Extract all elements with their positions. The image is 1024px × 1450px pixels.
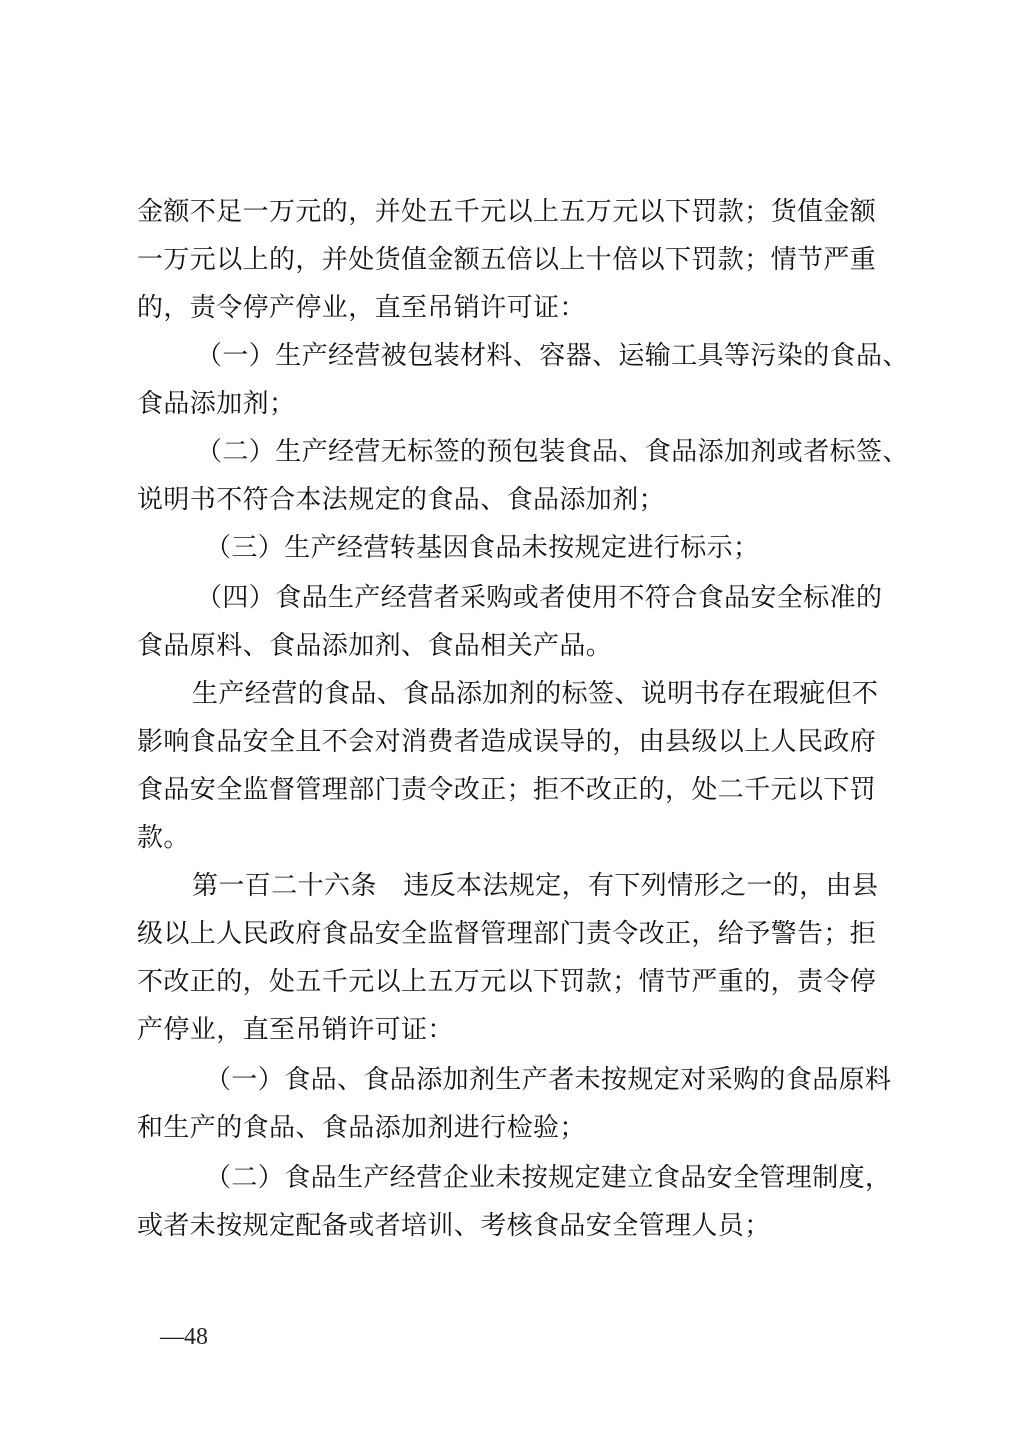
text-line: 的，责令停产停业，直至吊销许可证： [137, 284, 907, 332]
text-line: 或者未按规定配备或者培训、考核食品安全管理人员； [137, 1202, 907, 1250]
article-heading-line: 第一百二十六条 违反本法规定，有下列情形之一的，由县 [192, 862, 962, 910]
text-line: 和生产的食品、食品添加剂进行检验； [137, 1104, 907, 1152]
list-item-line: （一）食品、食品添加剂生产者未按规定对采购的食品原料 [205, 1056, 975, 1104]
text-line: 食品安全监督管理部门责令改正；拒不改正的，处二千元以下罚 [137, 766, 907, 814]
text-line: 一万元以上的，并处货值金额五倍以上十倍以下罚款；情节严重 [137, 236, 907, 284]
paragraph-first-line: 生产经营的食品、食品添加剂的标签、说明书存在瑕疵但不 [192, 670, 962, 718]
list-item-line: （四）食品生产经营者采购或者使用不符合食品安全标准的 [196, 574, 966, 622]
text-line: 影响食品安全且不会对消费者造成误导的，由县级以上人民政府 [137, 718, 907, 766]
list-item-line: （一）生产经营被包装材料、容器、运输工具等污染的食品、 [196, 332, 966, 380]
text-line: 级以上人民政府食品安全监督管理部门责令改正，给予警告；拒 [137, 910, 907, 958]
text-line: 食品原料、食品添加剂、食品相关产品。 [137, 622, 907, 670]
text-line: 说明书不符合本法规定的食品、食品添加剂； [137, 476, 907, 524]
page-number: —48 [160, 1322, 208, 1352]
list-item-line: （二）食品生产经营企业未按规定建立食品安全管理制度， [205, 1154, 975, 1202]
list-item-line: （三）生产经营转基因食品未按规定进行标示； [205, 524, 975, 572]
list-item-line: （二）生产经营无标签的预包装食品、食品添加剂或者标签、 [196, 428, 966, 476]
document-page: 金额不足一万元的，并处五千元以上五万元以下罚款；货值金额 一万元以上的，并处货值… [0, 0, 1024, 1450]
text-line: 产停业，直至吊销许可证： [137, 1006, 907, 1054]
text-line: 食品添加剂； [137, 380, 907, 428]
text-line: 金额不足一万元的，并处五千元以上五万元以下罚款；货值金额 [137, 188, 907, 236]
text-line: 不改正的，处五千元以上五万元以下罚款；情节严重的，责令停 [137, 958, 907, 1006]
text-line: 款。 [137, 814, 907, 862]
